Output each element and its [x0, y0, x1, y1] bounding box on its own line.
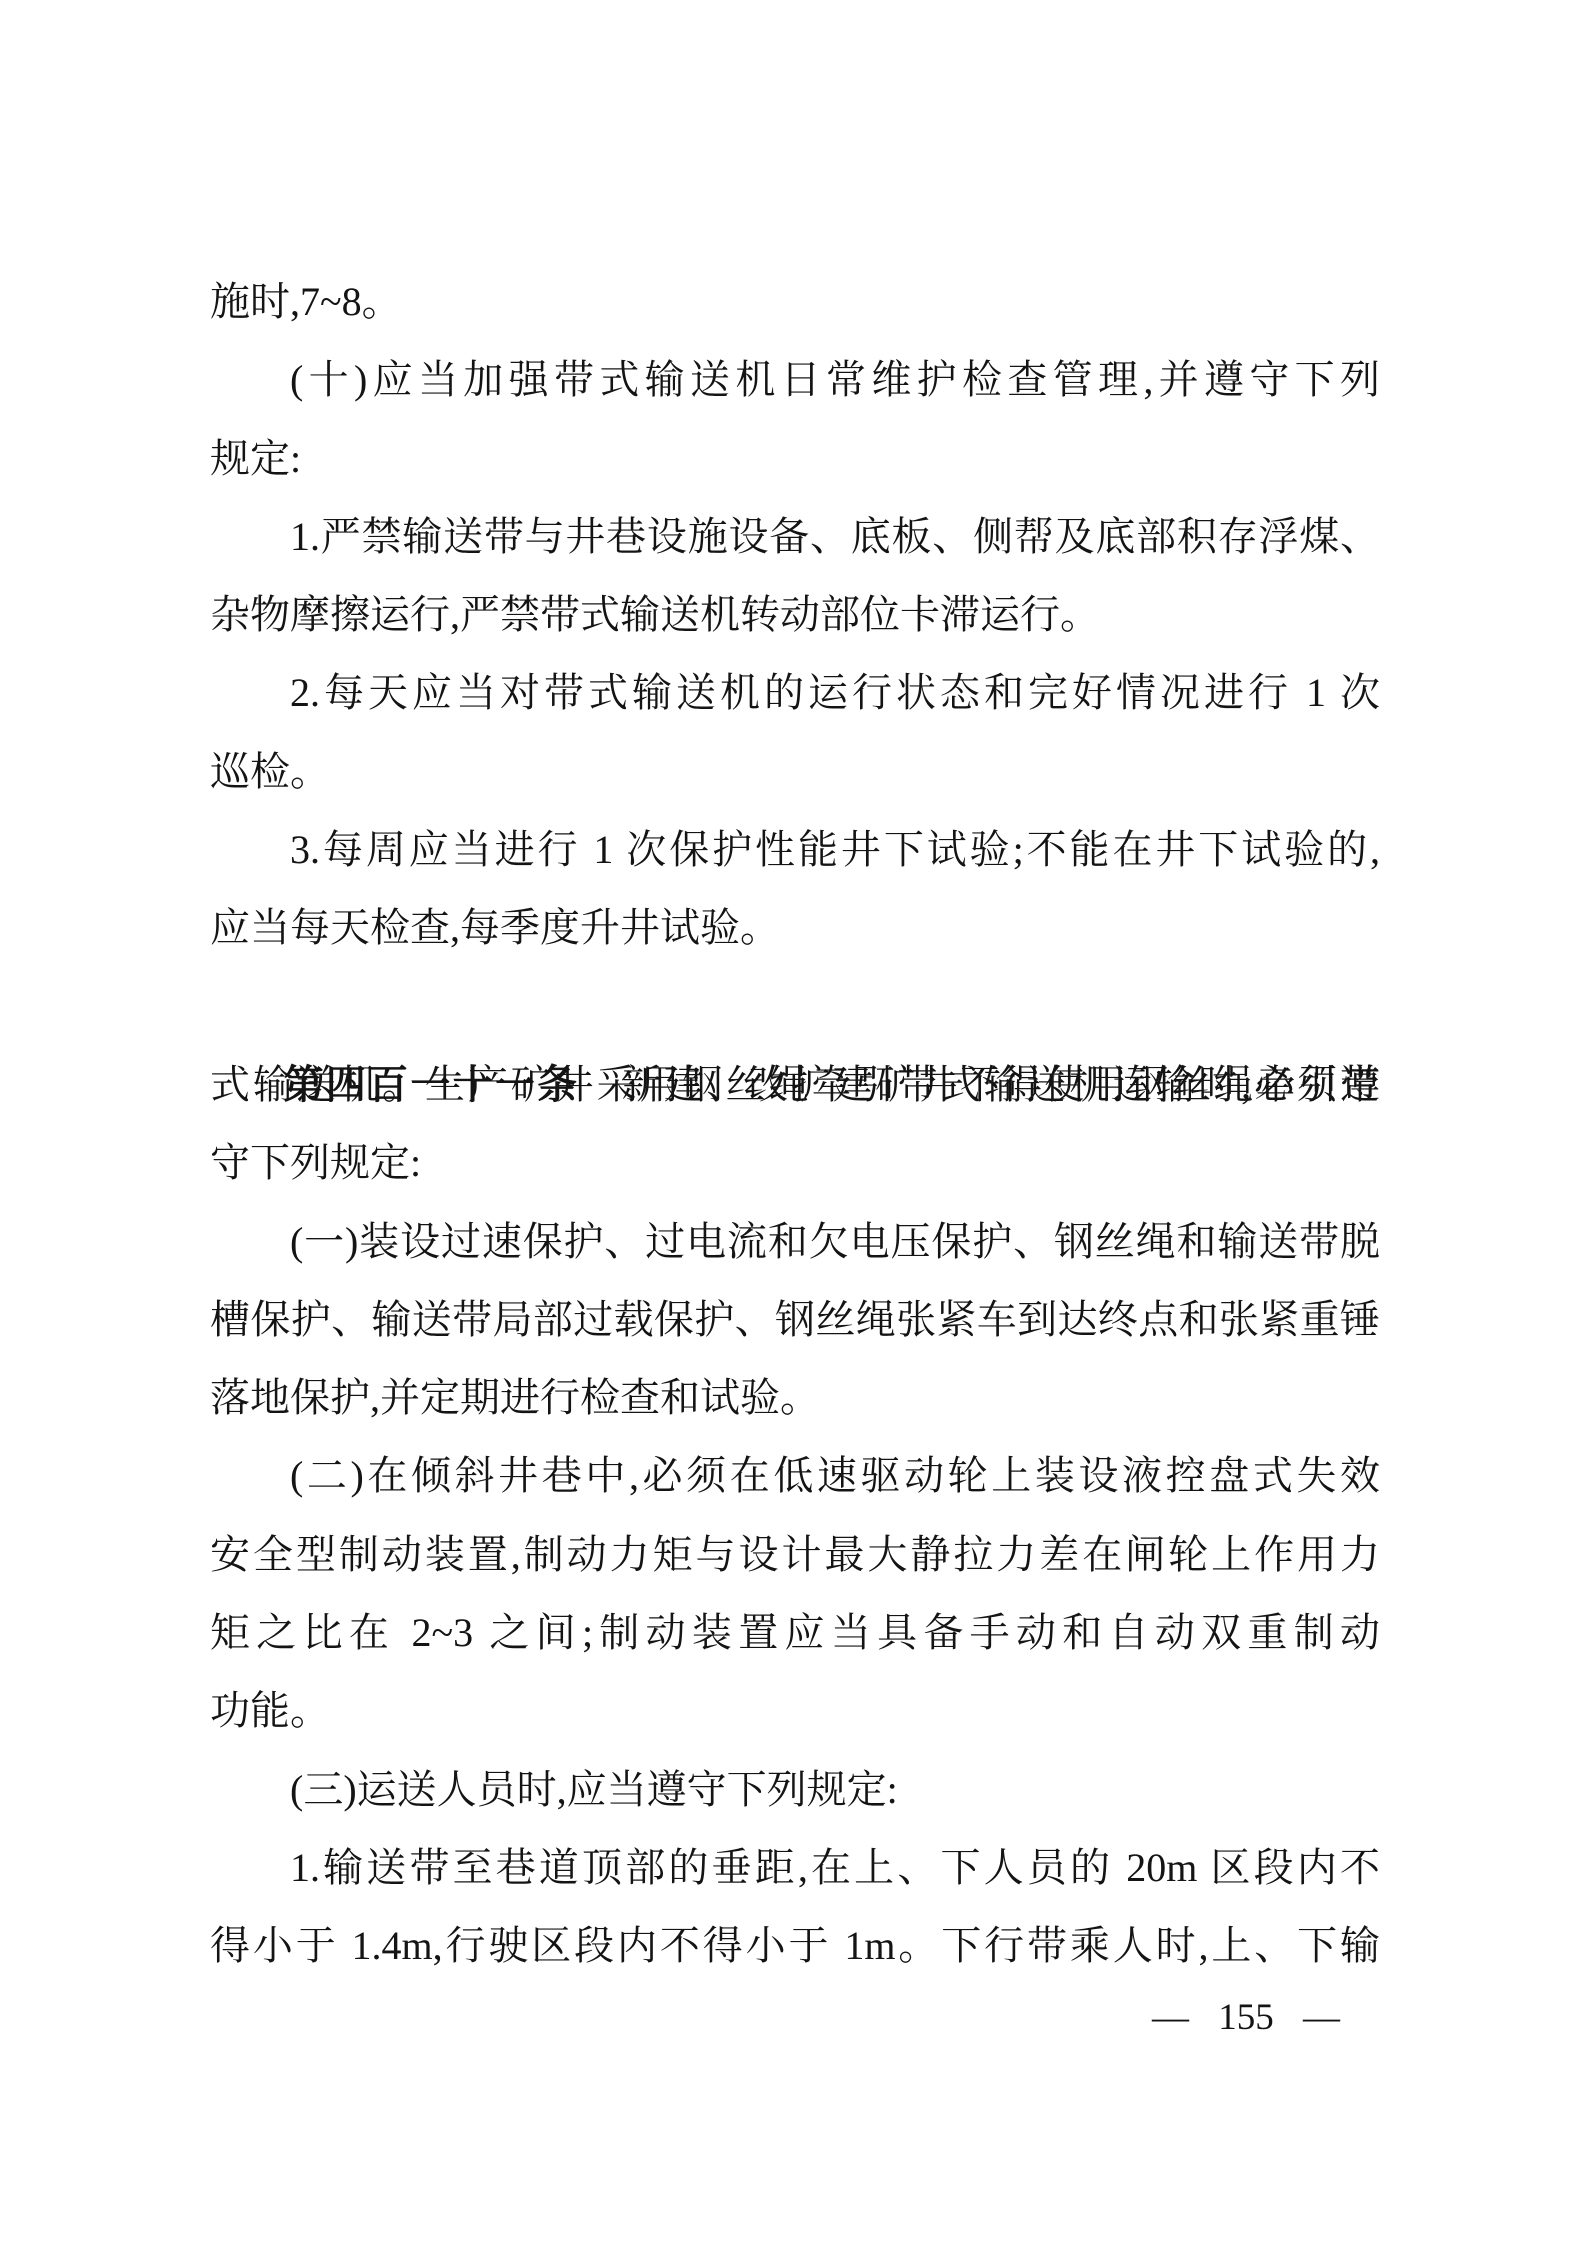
text-line: 功能。 [210, 1672, 1380, 1750]
text-line: (一)装设过速保护、过电流和欠电压保护、钢丝绳和输送带脱 [210, 1203, 1380, 1281]
text-line: 式输送机。生产矿井采用钢丝绳牵引带式输送机运输时,必须遵 [210, 1046, 1380, 1124]
text-line: (三)运送人员时,应当遵守下列规定: [210, 1751, 1380, 1829]
text-line: 矩之比在 2~3 之间;制动装置应当具备手动和自动双重制动 [210, 1594, 1380, 1672]
page-content: 施时,7~8。 (十)应当加强带式输送机日常维护检查管理,并遵守下列 规定: 1… [210, 263, 1380, 1986]
text-line: 槽保护、输送带局部过载保护、钢丝绳张紧车到达终点和张紧重锤 [210, 1281, 1380, 1359]
text-line: 施时,7~8。 [210, 263, 1380, 341]
text-line: 3.每周应当进行 1 次保护性能井下试验;不能在井下试验的, [210, 811, 1380, 889]
text-line: 1.严禁输送带与井巷设施设备、底板、侧帮及底部积存浮煤、 [210, 498, 1380, 576]
text-line: (十)应当加强带式输送机日常维护检查管理,并遵守下列 [210, 341, 1380, 419]
text-line: 守下列规定: [210, 1124, 1380, 1202]
text-line: (二)在倾斜井巷中,必须在低速驱动轮上装设液控盘式失效 [210, 1437, 1380, 1515]
document-page: 施时,7~8。 (十)应当加强带式输送机日常维护检查管理,并遵守下列 规定: 1… [0, 0, 1587, 2245]
text-line: 安全型制动装置,制动力矩与设计最大静拉力差在闸轮上作用力 [210, 1516, 1380, 1594]
text-line: 落地保护,并定期进行检查和试验。 [210, 1359, 1380, 1437]
text-line: 应当每天检查,每季度升井试验。 [210, 889, 1380, 967]
text-line: 第四百一十一条 新建、改扩建矿井不得使用钢丝绳牵引带 [210, 968, 1380, 1046]
text-line: 1.输送带至巷道顶部的垂距,在上、下人员的 20m 区段内不 [210, 1829, 1380, 1907]
text-line: 杂物摩擦运行,严禁带式输送机转动部位卡滞运行。 [210, 576, 1380, 654]
text-line: 巡检。 [210, 733, 1380, 811]
text-line: 规定: [210, 420, 1380, 498]
text-line: 得小于 1.4m,行驶区段内不得小于 1m。下行带乘人时,上、下输 [210, 1907, 1380, 1985]
page-footer: — 155 — [1152, 1998, 1340, 2038]
text-line: 2.每天应当对带式输送机的运行状态和完好情况进行 1 次 [210, 654, 1380, 732]
